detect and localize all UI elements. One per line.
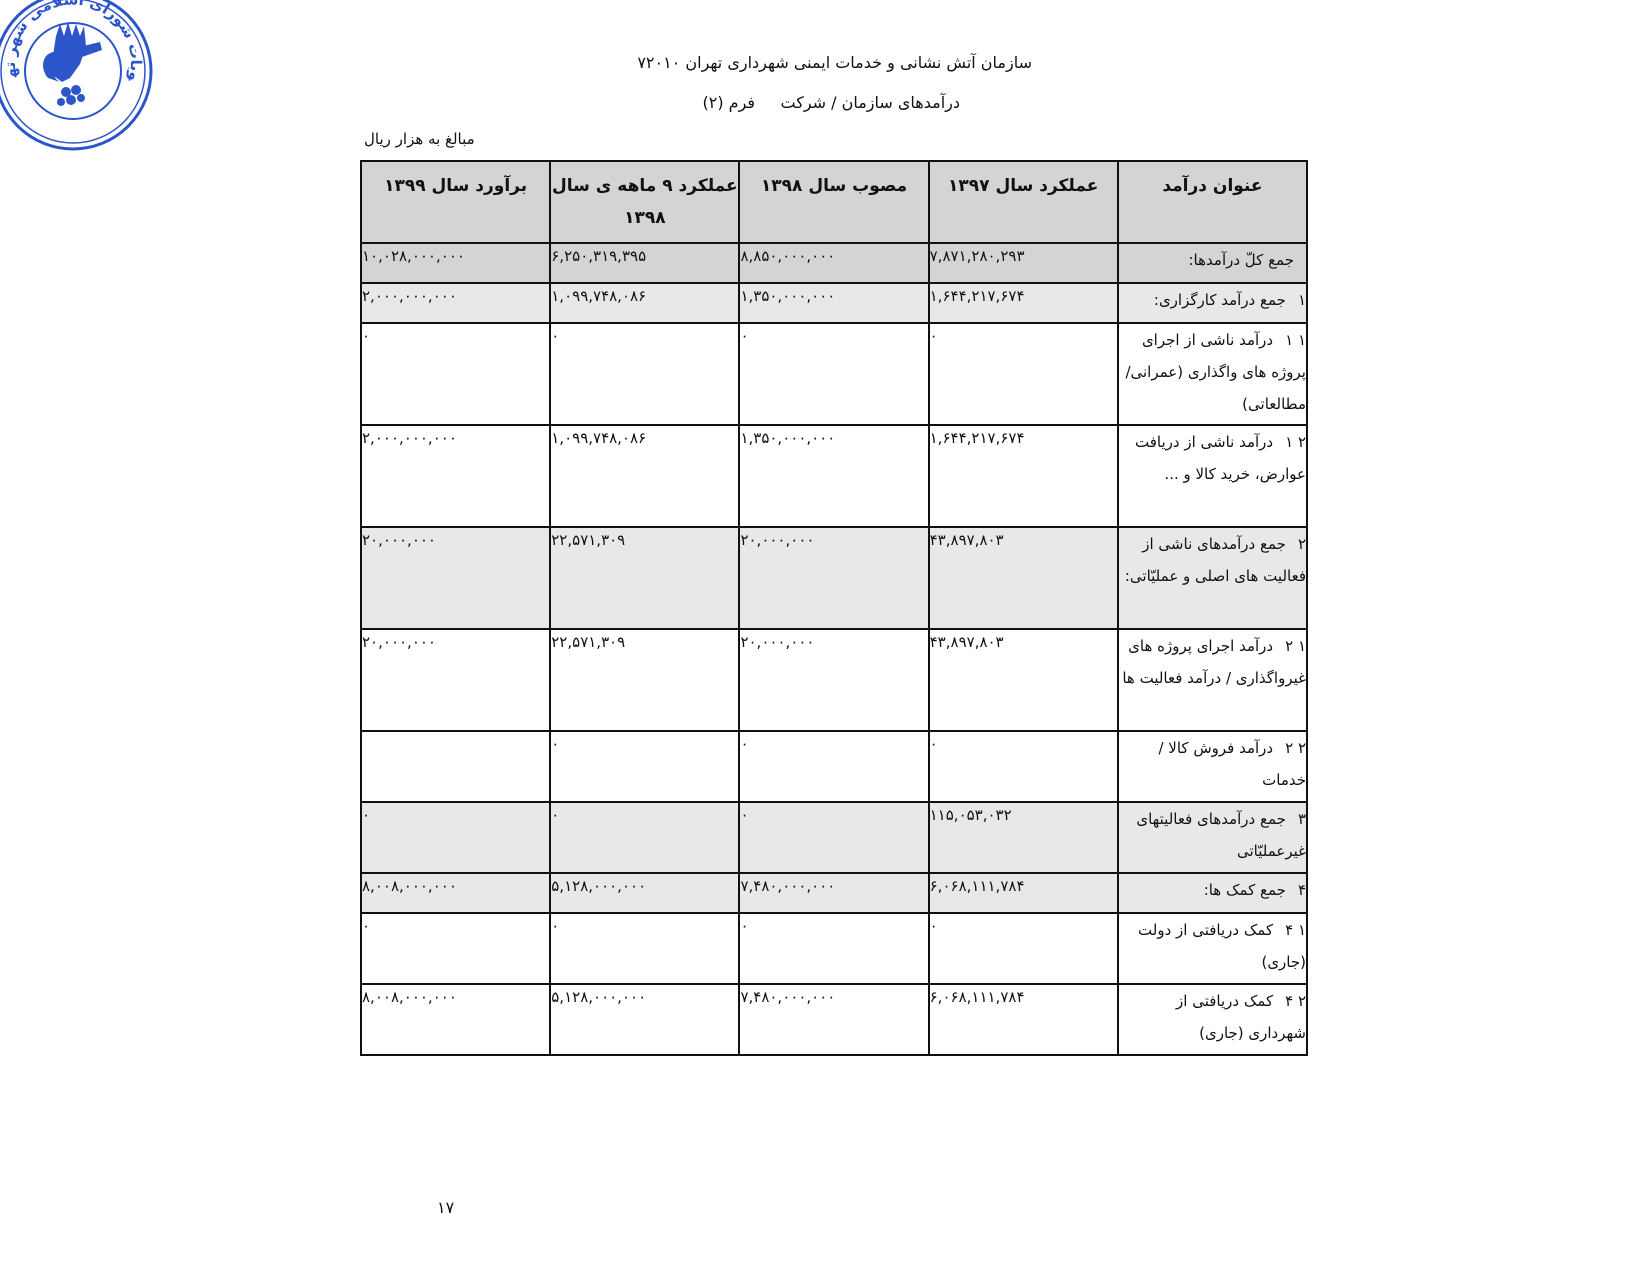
row-index: ۲ ۲ xyxy=(1285,739,1306,757)
column-header-9month-1398: عملکرد ۹ ماهه ی سال ۱۳۹۸ xyxy=(550,161,739,243)
row-label-text: کمک دریافتی از دولت (جاری) xyxy=(1138,921,1306,971)
value-cell: ۰ xyxy=(929,731,1118,802)
form-number: فرم (۲) xyxy=(702,93,755,112)
row-index: ۲ ۱ xyxy=(1285,433,1306,451)
row-label-text: جمع درآمد کارگزاری: xyxy=(1154,291,1286,309)
table-row: ۱ ۲درآمد اجرای پروژه های غیرواگذاری / در… xyxy=(361,629,1307,731)
value-cell: ۰ xyxy=(550,913,739,984)
row-label: ۱ ۱درآمد ناشی از اجرای پروژه های واگذاری… xyxy=(1118,323,1307,425)
row-label: ۴جمع کمک ها: xyxy=(1118,873,1307,913)
row-label-text: درآمد ناشی از دریافت عوارض، خرید کالا و … xyxy=(1135,433,1306,483)
value-cell: ۱,۶۴۴,۲۱۷,۶۷۴ xyxy=(929,425,1118,527)
row-label: ۱ ۴کمک دریافتی از دولت (جاری) xyxy=(1118,913,1307,984)
table-row: ۲جمع درآمدهای ناشی از فعالیت های اصلی و … xyxy=(361,527,1307,629)
row-index: ۱ ۱ xyxy=(1285,331,1306,349)
row-label-text: جمع کمک ها: xyxy=(1204,881,1286,899)
row-label-text: جمع کلّ درآمدها: xyxy=(1189,251,1295,269)
table-header-row: عنوان درآمد عملکرد سال ۱۳۹۷ مصوب سال ۱۳۹… xyxy=(361,161,1307,243)
row-label-text: درآمد ناشی از اجرای پروژه های واگذاری (ع… xyxy=(1125,331,1306,413)
value-cell: ۷,۸۷۱,۲۸۰,۲۹۳ xyxy=(929,243,1118,283)
row-index: ۲ xyxy=(1298,535,1306,553)
row-label-text: درآمد فروش کالا / خدمات xyxy=(1158,739,1306,789)
row-label: ۲ ۱درآمد ناشی از دریافت عوارض، خرید کالا… xyxy=(1118,425,1307,527)
value-cell: ۶,۲۵۰,۳۱۹,۳۹۵ xyxy=(550,243,739,283)
row-label-text: جمع درآمدهای فعالیتهای غیرعملیّاتی xyxy=(1136,810,1306,860)
row-label: ۱ ۲درآمد اجرای پروژه های غیرواگذاری / در… xyxy=(1118,629,1307,731)
value-cell xyxy=(361,731,550,802)
table-row: جمع کلّ درآمدها:۷,۸۷۱,۲۸۰,۲۹۳۸,۸۵۰,۰۰۰,۰… xyxy=(361,243,1307,283)
row-label: ۱جمع درآمد کارگزاری: xyxy=(1118,283,1307,323)
value-cell: ۸,۸۵۰,۰۰۰,۰۰۰ xyxy=(739,243,928,283)
value-cell: ۰ xyxy=(739,323,928,425)
row-index: ۲ ۴ xyxy=(1285,992,1306,1010)
table-row: ۱جمع درآمد کارگزاری:۱,۶۴۴,۲۱۷,۶۷۴۱,۳۵۰,۰… xyxy=(361,283,1307,323)
table-row: ۲ ۱درآمد ناشی از دریافت عوارض، خرید کالا… xyxy=(361,425,1307,527)
table-row: ۱ ۱درآمد ناشی از اجرای پروژه های واگذاری… xyxy=(361,323,1307,425)
value-cell: ۴۳,۸۹۷,۸۰۳ xyxy=(929,629,1118,731)
value-cell: ۰ xyxy=(361,802,550,873)
organization-code: ۷۲۰۱۰ xyxy=(637,53,680,72)
value-cell: ۰ xyxy=(550,802,739,873)
table-row: ۱ ۴کمک دریافتی از دولت (جاری)۰۰۰۰ xyxy=(361,913,1307,984)
value-cell: ۱,۳۵۰,۰۰۰,۰۰۰ xyxy=(739,425,928,527)
row-index: ۴ xyxy=(1298,881,1306,899)
value-cell: ۶,۰۶۸,۱۱۱,۷۸۴ xyxy=(929,984,1118,1055)
column-header-title: عنوان درآمد xyxy=(1118,161,1307,243)
value-cell: ۰ xyxy=(739,802,928,873)
row-label: ۳جمع درآمدهای فعالیتهای غیرعملیّاتی xyxy=(1118,802,1307,873)
value-cell: ۲,۰۰۰,۰۰۰,۰۰۰ xyxy=(361,283,550,323)
value-cell: ۱,۰۹۹,۷۴۸,۰۸۶ xyxy=(550,425,739,527)
value-cell: ۱,۳۵۰,۰۰۰,۰۰۰ xyxy=(739,283,928,323)
table-row: ۲ ۴کمک دریافتی از شهرداری (جاری)۶,۰۶۸,۱۱… xyxy=(361,984,1307,1055)
value-cell: ۲۰,۰۰۰,۰۰۰ xyxy=(361,629,550,731)
table-row: ۴جمع کمک ها:۶,۰۶۸,۱۱۱,۷۸۴۷,۴۸۰,۰۰۰,۰۰۰۵,… xyxy=(361,873,1307,913)
row-label: ۲ ۴کمک دریافتی از شهرداری (جاری) xyxy=(1118,984,1307,1055)
value-cell: ۱,۰۹۹,۷۴۸,۰۸۶ xyxy=(550,283,739,323)
value-cell: ۰ xyxy=(550,323,739,425)
value-cell: ۰ xyxy=(550,731,739,802)
value-cell: ۰ xyxy=(739,731,928,802)
value-cell: ۲,۰۰۰,۰۰۰,۰۰۰ xyxy=(361,425,550,527)
value-cell: ۸,۰۰۸,۰۰۰,۰۰۰ xyxy=(361,873,550,913)
value-cell: ۲۰,۰۰۰,۰۰۰ xyxy=(361,527,550,629)
council-seal-icon: مصوبات شورای اسلامی شهر تهران xyxy=(0,0,158,156)
value-cell: ۲۲,۵۷۱,۳۰۹ xyxy=(550,527,739,629)
revenue-table: عنوان درآمد عملکرد سال ۱۳۹۷ مصوب سال ۱۳۹… xyxy=(360,160,1308,1056)
column-header-approved-1398: مصوب سال ۱۳۹۸ xyxy=(739,161,928,243)
value-cell: ۵,۱۲۸,۰۰۰,۰۰۰ xyxy=(550,984,739,1055)
unit-note: مبالغ به هزار ریال xyxy=(364,130,475,148)
value-cell: ۷,۴۸۰,۰۰۰,۰۰۰ xyxy=(739,873,928,913)
value-cell: ۲۰,۰۰۰,۰۰۰ xyxy=(739,629,928,731)
value-cell: ۷,۴۸۰,۰۰۰,۰۰۰ xyxy=(739,984,928,1055)
value-cell: ۲۰,۰۰۰,۰۰۰ xyxy=(739,527,928,629)
page-number: ۱۷ xyxy=(437,1198,454,1217)
value-cell: ۰ xyxy=(929,323,1118,425)
column-header-actual-1397: عملکرد سال ۱۳۹۷ xyxy=(929,161,1118,243)
value-cell: ۵,۱۲۸,۰۰۰,۰۰۰ xyxy=(550,873,739,913)
value-cell: ۲۲,۵۷۱,۳۰۹ xyxy=(550,629,739,731)
value-cell: ۶,۰۶۸,۱۱۱,۷۸۴ xyxy=(929,873,1118,913)
row-label-text: درآمد اجرای پروژه های غیرواگذاری / درآمد… xyxy=(1122,637,1306,687)
value-cell: ۱,۶۴۴,۲۱۷,۶۷۴ xyxy=(929,283,1118,323)
value-cell: ۰ xyxy=(739,913,928,984)
row-label: جمع کلّ درآمدها: xyxy=(1118,243,1307,283)
column-header-estimate-1399: برآورد سال ۱۳۹۹ xyxy=(361,161,550,243)
table-row: ۲ ۲درآمد فروش کالا / خدمات۰۰۰ xyxy=(361,731,1307,802)
organization-name: سازمان آتش نشانی و خدمات ایمنی شهرداری ت… xyxy=(685,53,1032,72)
value-cell: ۸,۰۰۸,۰۰۰,۰۰۰ xyxy=(361,984,550,1055)
value-cell: ۰ xyxy=(929,913,1118,984)
row-label: ۲جمع درآمدهای ناشی از فعالیت های اصلی و … xyxy=(1118,527,1307,629)
form-title: درآمدهای سازمان / شرکت xyxy=(780,93,960,112)
value-cell: ۱۰,۰۲۸,۰۰۰,۰۰۰ xyxy=(361,243,550,283)
value-cell: ۰ xyxy=(361,323,550,425)
table-row: ۳جمع درآمدهای فعالیتهای غیرعملیّاتی۱۱۵,۰… xyxy=(361,802,1307,873)
row-index: ۱ xyxy=(1298,291,1306,309)
value-cell: ۰ xyxy=(361,913,550,984)
value-cell: ۱۱۵,۰۵۳,۰۳۲ xyxy=(929,802,1118,873)
row-index: ۱ ۴ xyxy=(1285,921,1306,939)
value-cell: ۴۳,۸۹۷,۸۰۳ xyxy=(929,527,1118,629)
row-index: ۱ ۲ xyxy=(1285,637,1306,655)
row-label-text: جمع درآمدهای ناشی از فعالیت های اصلی و ع… xyxy=(1125,535,1306,585)
row-index: ۳ xyxy=(1298,810,1306,828)
row-label: ۲ ۲درآمد فروش کالا / خدمات xyxy=(1118,731,1307,802)
